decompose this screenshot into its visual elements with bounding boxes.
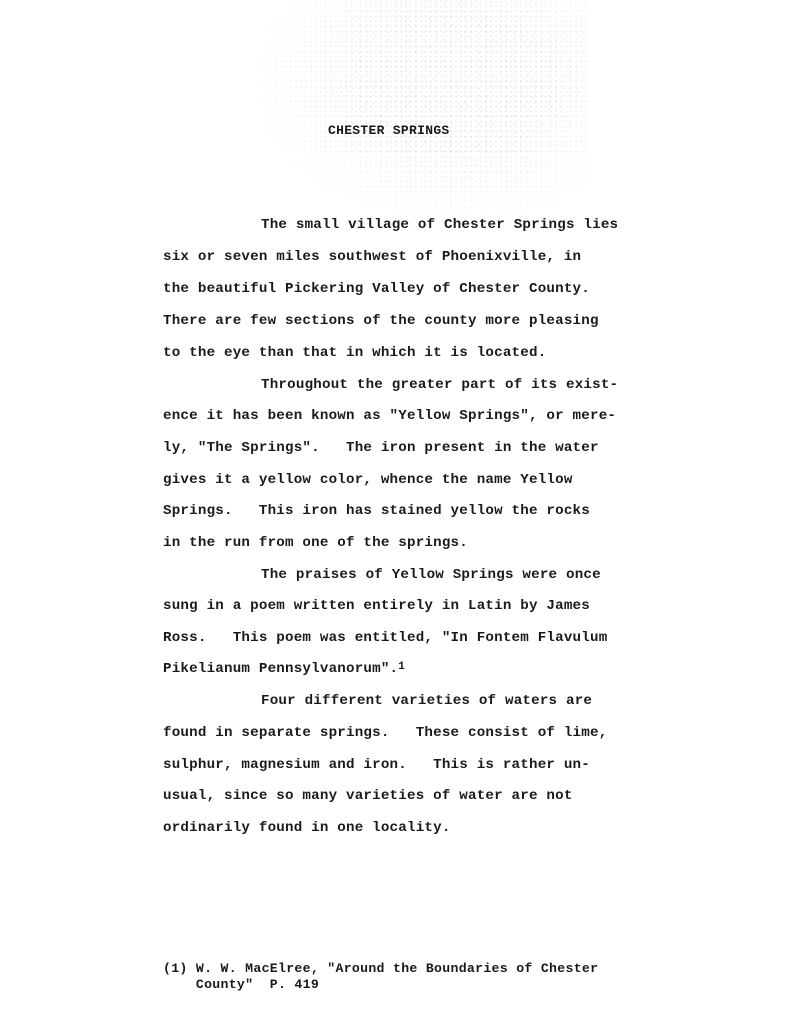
paragraph-4-line-4: usual, since so many varieties of water … bbox=[163, 788, 573, 804]
paragraph-3-line-4-text: Pikelianum Pennsylvanorum". bbox=[163, 661, 398, 677]
paragraph-4-line-3: sulphur, magnesium and iron. This is rat… bbox=[163, 757, 590, 773]
paragraph-4-line-1: Four different varieties of waters are bbox=[261, 693, 592, 709]
paragraph-2-line-5: Springs. This iron has stained yellow th… bbox=[163, 503, 590, 519]
page-title: CHESTER SPRINGS bbox=[328, 123, 450, 138]
paragraph-3-line-4: Pikelianum Pennsylvanorum".1 bbox=[163, 661, 405, 677]
paragraph-2-line-2: ence it has been known as "Yellow Spring… bbox=[163, 408, 616, 424]
paragraph-1-line-1: The small village of Chester Springs lie… bbox=[261, 217, 618, 233]
paragraph-3-line-1: The praises of Yellow Springs were once bbox=[261, 567, 601, 583]
footnote-line-2: County" P. 419 bbox=[163, 977, 319, 992]
footnote-reference: 1 bbox=[398, 661, 405, 673]
scan-noise bbox=[250, 0, 590, 230]
paragraph-1-line-5: to the eye than that in which it is loca… bbox=[163, 345, 546, 361]
paragraph-4-line-5: ordinarily found in one locality. bbox=[163, 820, 451, 836]
paragraph-1-line-3: the beautiful Pickering Valley of Cheste… bbox=[163, 281, 590, 297]
paragraph-2-line-3: ly, "The Springs". The iron present in t… bbox=[163, 440, 599, 456]
paragraph-1-line-2: six or seven miles southwest of Phoenixv… bbox=[163, 249, 581, 265]
paragraph-2-line-4: gives it a yellow color, whence the name… bbox=[163, 472, 573, 488]
paragraph-1-line-4: There are few sections of the county mor… bbox=[163, 313, 599, 329]
footnote-line-1: (1) W. W. MacElree, "Around the Boundari… bbox=[163, 961, 598, 976]
paragraph-2-line-1: Throughout the greater part of its exist… bbox=[261, 377, 618, 393]
paragraph-2-line-6: in the run from one of the springs. bbox=[163, 535, 468, 551]
paragraph-3-line-3: Ross. This poem was entitled, "In Fontem… bbox=[163, 630, 607, 646]
paragraph-3-line-2: sung in a poem written entirely in Latin… bbox=[163, 598, 590, 614]
paragraph-4-line-2: found in separate springs. These consist… bbox=[163, 725, 607, 741]
